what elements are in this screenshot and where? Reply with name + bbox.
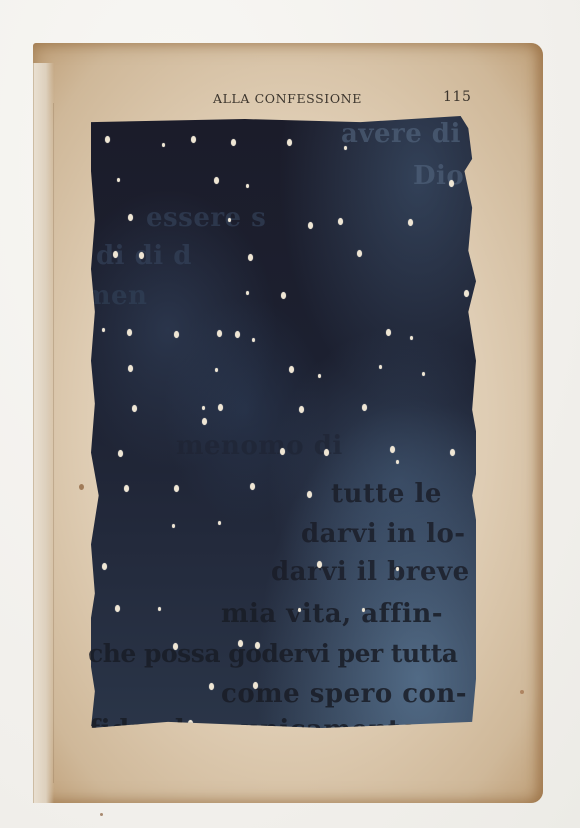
- star-dot: [344, 146, 347, 150]
- star-dot: [280, 448, 285, 455]
- star-dot: [231, 139, 236, 146]
- star-dot: [202, 406, 205, 410]
- star-dot: [202, 418, 207, 425]
- star-dot: [450, 449, 455, 456]
- ghost-text: avere di Dio essere s di di d men menomo…: [91, 116, 476, 728]
- star-dot: [118, 450, 123, 457]
- star-dot: [217, 330, 222, 337]
- star-dot: [390, 446, 395, 453]
- star-dot: [209, 683, 214, 690]
- star-dot: [214, 177, 219, 184]
- star-dot: [173, 643, 178, 650]
- text-line: essere s: [146, 198, 266, 238]
- star-dot: [128, 365, 133, 372]
- star-dot: [246, 291, 249, 295]
- foxing-spot: [520, 690, 524, 694]
- star-dot: [362, 404, 367, 411]
- star-dot: [117, 178, 120, 182]
- text-line: che possa godervi per tutta: [88, 634, 457, 674]
- star-dot: [102, 563, 107, 570]
- running-title: ALLA CONFESSIONE: [213, 91, 362, 106]
- star-dot: [287, 139, 292, 146]
- star-dot: [449, 180, 454, 187]
- star-dot: [162, 143, 165, 147]
- ink-wash-blackout: avere di Dio essere s di di d men menomo…: [91, 116, 476, 728]
- text-line: come spero con-: [221, 674, 467, 714]
- star-dot: [410, 336, 413, 340]
- star-dot: [102, 328, 105, 332]
- star-dot: [252, 338, 255, 342]
- star-dot: [228, 218, 231, 222]
- star-dot: [215, 368, 218, 372]
- star-dot: [289, 366, 294, 373]
- text-line: menomo di: [176, 426, 343, 466]
- star-dot: [238, 640, 243, 647]
- star-dot: [253, 682, 258, 689]
- star-dot: [396, 460, 399, 464]
- star-dot: [357, 250, 362, 257]
- star-dot: [139, 252, 144, 259]
- text-line: darvi in lo-: [301, 514, 466, 554]
- text-line: darvi il breve: [271, 552, 470, 592]
- page-number: 115: [443, 89, 472, 105]
- star-dot: [255, 642, 260, 649]
- star-dot: [317, 561, 322, 568]
- text-line: mia vita, affin-: [221, 594, 443, 634]
- star-dot: [324, 449, 329, 456]
- star-dot: [298, 608, 301, 612]
- star-dot: [338, 218, 343, 225]
- star-dot: [250, 483, 255, 490]
- star-dot: [299, 406, 304, 413]
- star-dot: [248, 254, 253, 261]
- text-line: tutte le: [331, 474, 442, 514]
- star-dot: [422, 372, 425, 376]
- star-dot: [464, 290, 469, 297]
- foxing-spot: [100, 813, 103, 816]
- star-dot: [218, 521, 221, 525]
- star-dot: [172, 524, 175, 528]
- star-dot: [281, 292, 286, 299]
- star-dot: [105, 136, 110, 143]
- text-line: Dio: [413, 156, 464, 196]
- star-dot: [379, 365, 382, 369]
- star-dot: [191, 136, 196, 143]
- star-dot: [132, 405, 137, 412]
- star-dot: [113, 251, 118, 258]
- star-dot: [307, 491, 312, 498]
- star-dot: [408, 219, 413, 226]
- star-dot: [115, 605, 120, 612]
- star-dot: [128, 214, 133, 221]
- page-header: ALLA CONFESSIONE 115: [213, 91, 503, 109]
- star-dot: [318, 374, 321, 378]
- star-dot: [308, 222, 313, 229]
- star-dot: [362, 608, 365, 612]
- star-dot: [218, 404, 223, 411]
- star-dot: [158, 607, 161, 611]
- foxing-spot: [79, 484, 84, 490]
- star-dot: [396, 567, 399, 571]
- star-dot: [235, 331, 240, 338]
- star-dot: [246, 184, 249, 188]
- star-dot: [386, 329, 391, 336]
- star-dot: [174, 485, 179, 492]
- star-dot: [127, 329, 132, 336]
- star-dot: [174, 331, 179, 338]
- star-dot: [124, 485, 129, 492]
